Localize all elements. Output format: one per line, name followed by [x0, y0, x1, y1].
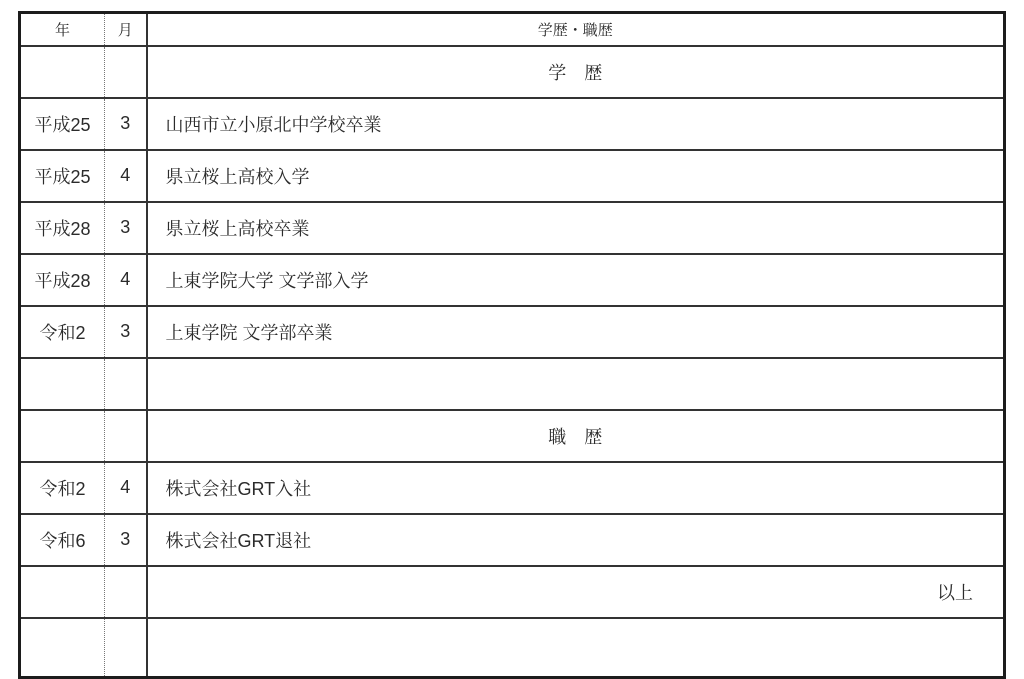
year-cell — [20, 618, 105, 637]
resume-history-sheet: 年 月 学歴・職歴 学 歴 平成25 3 山西市立小原北中学校卒業 平成25 4… — [18, 11, 1006, 636]
year-cell: 平成25 — [20, 98, 105, 150]
year-cell — [20, 358, 105, 410]
history-cell — [147, 358, 1005, 410]
table-row: 令和2 4 株式会社GRT入社 — [20, 462, 1005, 514]
year-cell: 平成28 — [20, 254, 105, 306]
year-cell — [20, 566, 105, 618]
history-cell — [147, 618, 1005, 637]
month-cell — [105, 618, 147, 637]
table-row: 学 歴 — [20, 46, 1005, 98]
month-cell: 4 — [105, 254, 147, 306]
history-cell: 山西市立小原北中学校卒業 — [147, 98, 1005, 150]
history-column-header: 学歴・職歴 — [147, 13, 1005, 46]
table-row — [20, 358, 1005, 410]
table-row: 平成28 3 県立桜上高校卒業 — [20, 202, 1005, 254]
month-cell: 3 — [105, 98, 147, 150]
table-row: 令和6 3 株式会社GRT退社 — [20, 514, 1005, 566]
history-cell: 県立桜上高校入学 — [147, 150, 1005, 202]
history-cell: 以上 — [147, 566, 1005, 618]
year-cell: 平成25 — [20, 150, 105, 202]
table-row: 平成25 4 県立桜上高校入学 — [20, 150, 1005, 202]
table-row: 以上 — [20, 566, 1005, 618]
month-column-header: 月 — [105, 13, 147, 46]
history-cell: 学 歴 — [147, 46, 1005, 98]
month-cell — [105, 410, 147, 462]
month-cell: 4 — [105, 462, 147, 514]
month-cell: 4 — [105, 150, 147, 202]
month-cell — [105, 566, 147, 618]
history-cell: 上東学院 文学部卒業 — [147, 306, 1005, 358]
table-row: 職 歴 — [20, 410, 1005, 462]
table-header-row: 年 月 学歴・職歴 — [20, 13, 1005, 46]
table-row: 平成28 4 上東学院大学 文学部入学 — [20, 254, 1005, 306]
table-row: 令和2 3 上東学院 文学部卒業 — [20, 306, 1005, 358]
history-cell: 上東学院大学 文学部入学 — [147, 254, 1005, 306]
year-cell: 令和6 — [20, 514, 105, 566]
year-cell — [20, 410, 105, 462]
month-cell: 3 — [105, 514, 147, 566]
year-cell: 平成28 — [20, 202, 105, 254]
history-table: 年 月 学歴・職歴 学 歴 平成25 3 山西市立小原北中学校卒業 平成25 4… — [18, 11, 1006, 636]
month-cell: 3 — [105, 306, 147, 358]
month-cell: 3 — [105, 202, 147, 254]
history-cell: 県立桜上高校卒業 — [147, 202, 1005, 254]
history-cell: 株式会社GRT入社 — [147, 462, 1005, 514]
history-cell: 職 歴 — [147, 410, 1005, 462]
table-row: 平成25 3 山西市立小原北中学校卒業 — [20, 98, 1005, 150]
history-table-body: 学 歴 平成25 3 山西市立小原北中学校卒業 平成25 4 県立桜上高校入学 … — [20, 46, 1005, 637]
history-cell: 株式会社GRT退社 — [147, 514, 1005, 566]
year-column-header: 年 — [20, 13, 105, 46]
month-cell — [105, 46, 147, 98]
year-cell: 令和2 — [20, 306, 105, 358]
year-cell: 令和2 — [20, 462, 105, 514]
table-row — [20, 618, 1005, 637]
year-cell — [20, 46, 105, 98]
month-cell — [105, 358, 147, 410]
